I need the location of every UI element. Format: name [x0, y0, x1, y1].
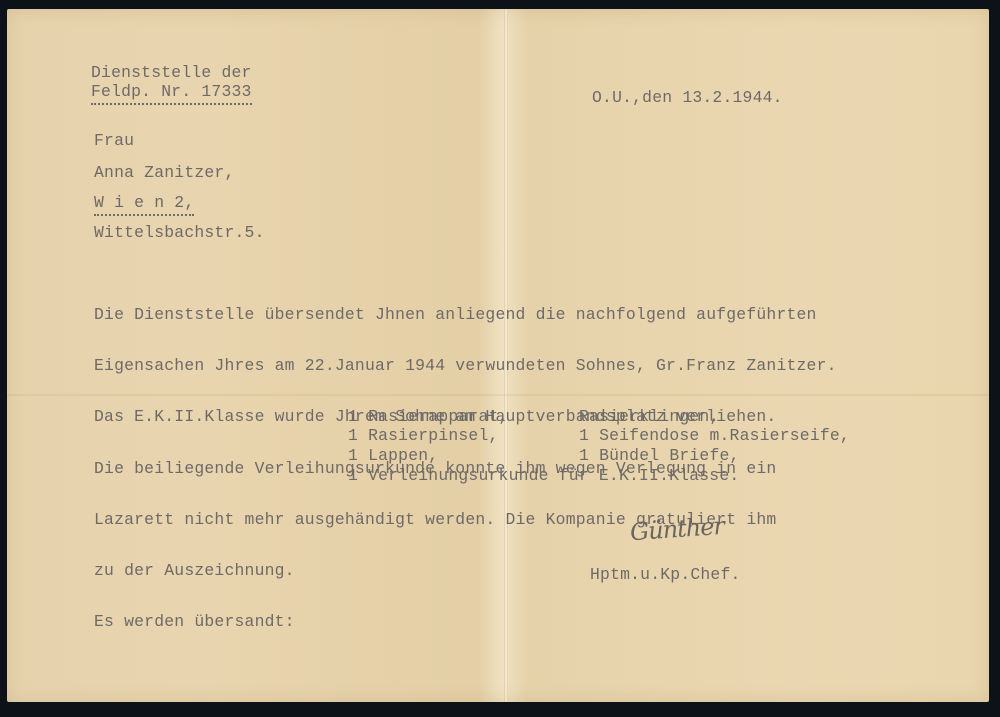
signatory-title: Hptm.u.Kp.Chef. [590, 566, 741, 583]
body-line: Eigensachen Jhres am 22.Januar 1944 verw… [94, 357, 837, 374]
place-date: O.U.,den 13.2.1944. [592, 89, 783, 106]
body-line: Es werden übersandt: [94, 613, 837, 630]
recipient-street: Wittelsbachstr.5. [94, 224, 265, 241]
recipient-city: W i e n 2, [94, 193, 194, 216]
item-right: Rasierklingen, [579, 408, 720, 425]
recipient-name: Anna Zanitzer, [94, 164, 235, 181]
item-right: 1 Bündel Briefe, [579, 447, 740, 464]
item-right: 1 Seifendose m.Rasierseife, [579, 427, 850, 444]
sender-line-2: Feldp. Nr. 17333 [91, 82, 252, 105]
item-left: 1 Verleihungsurkunde für E.K.II.Klasse. [348, 467, 739, 484]
item-left: 1 Lappen, [348, 447, 438, 464]
recipient-salutation: Frau [94, 132, 134, 149]
item-left: 1 Rasierpinsel, [348, 427, 499, 444]
body-line: Lazarett nicht mehr ausgehändigt werden.… [94, 511, 837, 528]
sender-line-1: Dienststelle der [91, 64, 252, 81]
item-left: 1 Rasierapparat, [348, 408, 509, 425]
body-line: Die Dienststelle übersendet Jhnen anlieg… [94, 306, 837, 323]
